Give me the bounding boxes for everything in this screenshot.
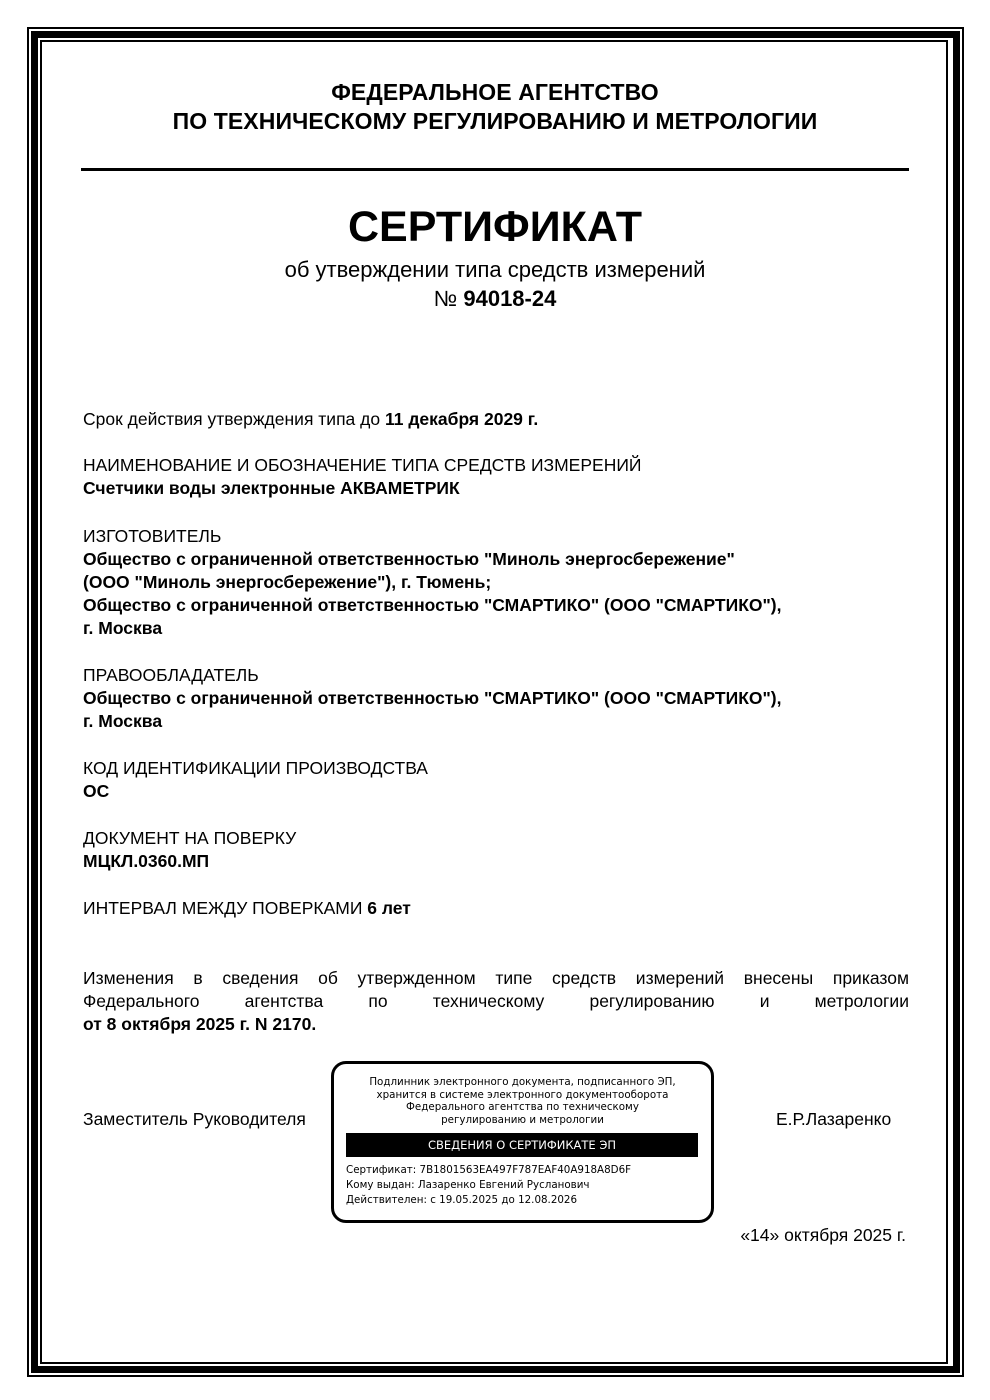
changes-line-2: Федерального агентства по техническому р…	[83, 990, 909, 1013]
production-code-section: КОД ИДЕНТИФИКАЦИИ ПРОИЗВОДСТВА ОС	[83, 757, 909, 803]
stamp-notice-line: Подлинник электронного документа, подпис…	[334, 1076, 711, 1089]
changes-section: Изменения в сведения об утвержденном тип…	[83, 967, 909, 1036]
production-code-value: ОС	[83, 780, 909, 803]
electronic-signature-stamp: Подлинник электронного документа, подпис…	[331, 1061, 714, 1223]
interval-section: ИНТЕРВАЛ МЕЖДУ ПОВЕРКАМИ 6 лет	[83, 897, 909, 920]
stamp-notice-line: Федерального агентства по техническому	[334, 1101, 711, 1114]
certificate-subtitle: об утверждении типа средств измерений	[0, 256, 990, 284]
stamp-issued-to: Кому выдан: Лазаренко Евгений Русланович	[346, 1178, 631, 1193]
agency-header: ФЕДЕРАЛЬНОЕ АГЕНТСТВО ПО ТЕХНИЧЕСКОМУ РЕ…	[0, 78, 990, 136]
stamp-certificate-id: Сертификат: 7B1801563EA497F787EAF40A918A…	[346, 1163, 631, 1178]
stamp-certificate-heading: СВЕДЕНИЯ О СЕРТИФИКАТЕ ЭП	[346, 1133, 698, 1157]
number-value: 94018-24	[463, 286, 556, 311]
manufacturer-heading: ИЗГОТОВИТЕЛЬ	[83, 525, 909, 548]
manufacturer-line: Общество с ограниченной ответственностью…	[83, 548, 909, 571]
agency-line-2: ПО ТЕХНИЧЕСКОМУ РЕГУЛИРОВАНИЮ И МЕТРОЛОГ…	[0, 107, 990, 136]
holder-section: ПРАВООБЛАДАТЕЛЬ Общество с ограниченной …	[83, 664, 909, 733]
stamp-notice: Подлинник электронного документа, подпис…	[334, 1076, 711, 1126]
stamp-notice-line: регулированию и метрологии	[334, 1114, 711, 1127]
changes-line-3: от 8 октября 2025 г. N 2170.	[83, 1013, 909, 1036]
stamp-validity: Действителен: с 19.05.2025 до 12.08.2026	[346, 1193, 631, 1208]
manufacturer-line: г. Москва	[83, 617, 909, 640]
manufacturer-line: (ООО "Миноль энергосбережение"), г. Тюме…	[83, 571, 909, 594]
changes-line-1: Изменения в сведения об утвержденном тип…	[83, 967, 909, 990]
header-divider	[81, 168, 909, 171]
verification-doc-value: МЦКЛ.0360.МП	[83, 850, 909, 873]
validity-label: Срок действия утверждения типа до	[83, 409, 385, 429]
number-prefix: №	[434, 286, 464, 311]
signatory-position: Заместитель Руководителя	[83, 1108, 306, 1131]
signatory-name: Е.Р.Лазаренко	[776, 1108, 891, 1131]
holder-heading: ПРАВООБЛАДАТЕЛЬ	[83, 664, 909, 687]
production-code-heading: КОД ИДЕНТИФИКАЦИИ ПРОИЗВОДСТВА	[83, 757, 909, 780]
agency-line-1: ФЕДЕРАЛЬНОЕ АГЕНТСТВО	[0, 78, 990, 107]
validity-value: 11 декабря 2029 г.	[385, 409, 538, 429]
verification-doc-heading: ДОКУМЕНТ НА ПОВЕРКУ	[83, 827, 909, 850]
verification-doc-section: ДОКУМЕНТ НА ПОВЕРКУ МЦКЛ.0360.МП	[83, 827, 909, 873]
issue-date: «14» октября 2025 г.	[740, 1224, 906, 1247]
interval-value: 6 лет	[367, 898, 411, 918]
stamp-notice-line: хранится в системе электронного документ…	[334, 1089, 711, 1102]
name-section: НАИМЕНОВАНИЕ И ОБОЗНАЧЕНИЕ ТИПА СРЕДСТВ …	[83, 454, 909, 500]
certificate-title: СЕРТИФИКАТ	[0, 200, 990, 254]
stamp-certificate-details: Сертификат: 7B1801563EA497F787EAF40A918A…	[346, 1163, 631, 1208]
name-value: Счетчики воды электронные АКВАМЕТРИК	[83, 477, 909, 500]
manufacturer-line: Общество с ограниченной ответственностью…	[83, 594, 909, 617]
name-heading: НАИМЕНОВАНИЕ И ОБОЗНАЧЕНИЕ ТИПА СРЕДСТВ …	[83, 454, 909, 477]
validity-section: Срок действия утверждения типа до 11 дек…	[83, 408, 909, 431]
certificate-number: № 94018-24	[0, 285, 990, 313]
holder-line: г. Москва	[83, 710, 909, 733]
manufacturer-section: ИЗГОТОВИТЕЛЬ Общество с ограниченной отв…	[83, 525, 909, 640]
holder-line: Общество с ограниченной ответственностью…	[83, 687, 909, 710]
interval-label: ИНТЕРВАЛ МЕЖДУ ПОВЕРКАМИ	[83, 898, 367, 918]
